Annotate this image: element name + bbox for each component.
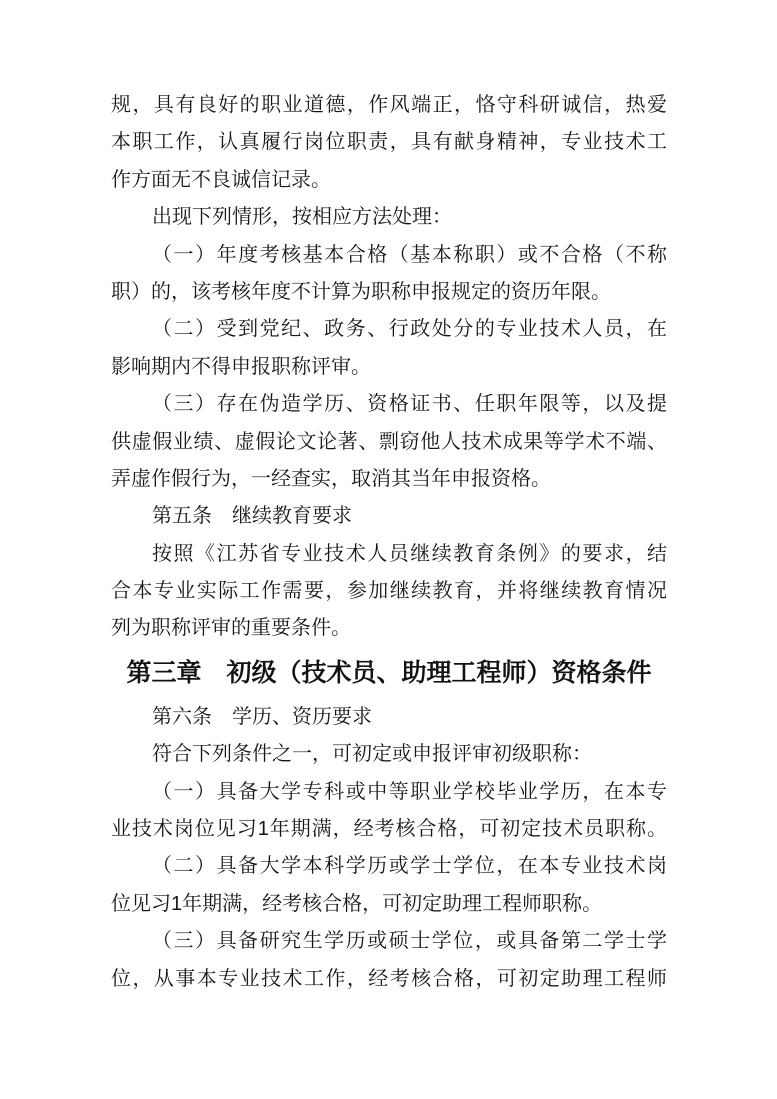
body-line: 业技术岗位见习1年期满，经考核合格，可初定技术员职称。 [111,811,667,848]
body-line-item-2: （二）受到党纪、政务、行政处分的专业技术人员，在 [111,311,667,348]
body-line: 合本专业实际工作需要，参加继续教育，并将继续教育情况 [111,573,667,610]
body-line: 影响期内不得申报职称评审。 [111,349,667,386]
body-line: 位，从事本专业技术工作，经考核合格，可初定助理工程师 [111,961,667,998]
body-line: 按照《江苏省专业技术人员继续教育条例》的要求，结 [111,536,667,573]
body-line-item-3: （三）存在伪造学历、资格证书、任职年限等，以及提 [111,386,667,423]
body-line: 供虚假业绩、虚假论文论著、剽窃他人技术成果等学术不端、 [111,424,667,461]
body-line: 列为职称评审的重要条件。 [111,610,667,647]
chapter-heading: 第三章 初级（技术员、助理工程师）资格条件 [111,653,667,693]
body-line-item-1: （一）具备大学专科或中等职业学校毕业学历，在本专 [111,774,667,811]
document-page: 规，具有良好的职业道德，作风端正，恪守科研诚信，热爱 本职工作，认真履行岗位职责… [0,0,777,1099]
body-line-item-2: （二）具备大学本科学历或学士学位，在本专业技术岗 [111,848,667,885]
body-line: 弄虚作假行为，一经查实，取消其当年申报资格。 [111,461,667,498]
body-line: 职）的，该考核年度不计算为职称申报规定的资历年限。 [111,274,667,311]
body-line-item-1: （一）年度考核基本合格（基本称职）或不合格（不称 [111,237,667,274]
body-line-item-3: （三）具备研究生学历或硕士学位，或具备第二学士学 [111,923,667,960]
body-line: 规，具有良好的职业道德，作风端正，恪守科研诚信，热爱 [111,87,667,124]
body-line: 本职工作，认真履行岗位职责，具有献身精神，专业技术工 [111,124,667,161]
body-line: 作方面无不良诚信记录。 [111,162,667,199]
document-body: 规，具有良好的职业道德，作风端正，恪守科研诚信，热爱 本职工作，认真履行岗位职责… [111,87,667,998]
body-line: 位见习1年期满，经考核合格，可初定助理工程师职称。 [111,886,667,923]
body-line: 出现下列情形，按相应方法处理： [111,199,667,236]
article-6-title: 第六条 学历、资历要求 [111,699,667,736]
body-line: 符合下列条件之一，可初定或申报评审初级职称： [111,736,667,773]
article-5-title: 第五条 继续教育要求 [111,498,667,535]
